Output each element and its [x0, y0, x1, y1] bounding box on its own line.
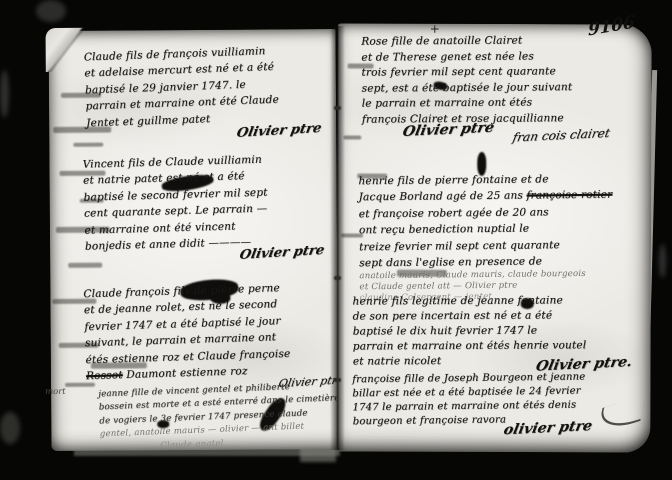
manuscript-line: Rose fille de anatoille Clairet [361, 33, 572, 50]
entry-jeanne-gentel-burial: jeanne fille de vincent gentel et philib… [98, 379, 341, 455]
entry-claude-vuilliamin: Claude fils de françois vuilliamin et ad… [84, 43, 280, 132]
manuscript-line: sept, est a été baptisée le jour suivant [362, 80, 573, 97]
manuscript-line: trois fevrier mil sept cent quarante [361, 64, 572, 81]
page-number: 9106 [588, 12, 635, 40]
manuscript-line: baptisé le dix huit fevrier 1747 le [353, 323, 587, 339]
backdrop-texture-blob [659, 244, 666, 278]
struck-text: françoise rotier [526, 189, 612, 202]
witness-signature: fran cois clairet [511, 126, 611, 145]
priest-signature: Olivier ptre [401, 120, 495, 140]
entry-vincent-vuilliamin: Vincent fils de Claude vuilliamin et nat… [82, 152, 269, 256]
manuscript-text: Jacque Borland agé de 25 ans [359, 190, 527, 204]
scanned-parish-register-photo: mort Claude fils de françois vuilliamin … [0, 0, 672, 480]
manuscript-line: de son pere incertain est né et a été [353, 308, 587, 324]
left-page: mort Claude fils de françois vuilliamin … [49, 29, 339, 451]
entry-claude-francois-perne: Claude françois fils de pierre perne et … [83, 280, 291, 385]
stitch-mark [334, 378, 341, 382]
manuscript-line: parrain et marraine ont étés henrie vout… [353, 338, 587, 354]
entry-rose-clairet: Rose fille de anatoille Clairet et de Th… [361, 33, 572, 128]
paraph-flourish [597, 394, 647, 435]
manuscript-line: henrie fils legitime de jeanne fontaine [352, 293, 586, 309]
right-page: 9106 + Rose fille de anatoille Clairet e… [336, 23, 651, 452]
backdrop-texture-blob [0, 412, 20, 444]
margin-note-mort: mort [45, 387, 66, 397]
ink-bleed-mark [73, 143, 103, 147]
struck-text: Rossot [86, 369, 123, 382]
stitch-mark [334, 276, 341, 280]
manuscript-line: et de Therese genet est née les [361, 49, 572, 66]
entry-fontaine-borland-marriage: henrie fils de pierre fontaine et de Jac… [358, 171, 613, 304]
ink-bleed-mark [343, 135, 361, 139]
backdrop-texture-blob [0, 70, 9, 118]
manuscript-line: le parrain et marraine ont étés [362, 96, 573, 113]
manuscript-line: Jacque Borland agé de 25 ans françoise r… [359, 187, 613, 206]
priest-signature: olivier ptre [502, 418, 593, 438]
book-gutter-binding [330, 26, 345, 450]
stitch-mark [334, 106, 341, 110]
page-corner-fold [46, 28, 88, 72]
manuscript-text: Daumont estienne roz [123, 365, 248, 381]
ink-bleed-mark [68, 263, 102, 268]
backdrop-texture-blob [36, 0, 66, 22]
manuscript-line: 1747 le parrain et marraine ont étés den… [352, 398, 585, 415]
